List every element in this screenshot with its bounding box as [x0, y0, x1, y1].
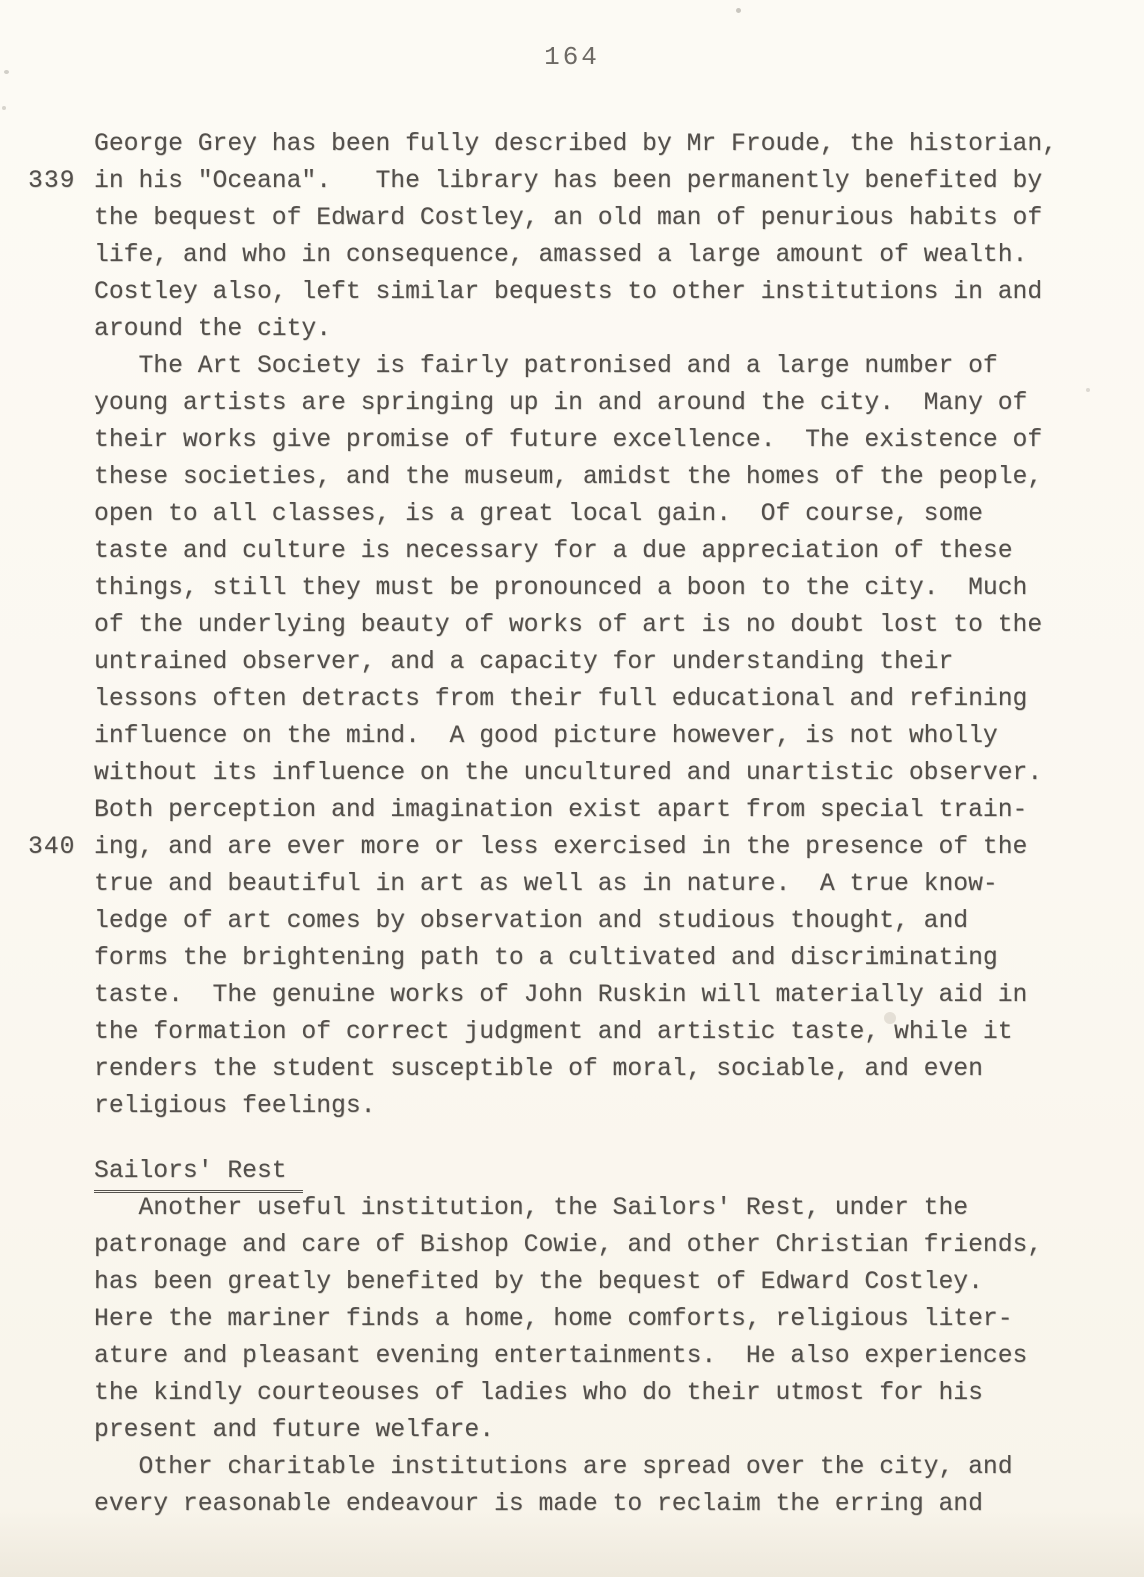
text-line-content: taste and culture is necessary for a due…: [94, 537, 1013, 565]
text-line-content: present and future welfare.: [94, 1416, 494, 1444]
text-line: Other charitable institutions are spread…: [0, 1449, 1144, 1486]
scan-speck: [736, 8, 741, 13]
text-line-content: forms the brightening path to a cultivat…: [94, 944, 998, 972]
text-line: influence on the mind. A good picture ho…: [0, 718, 1144, 755]
text-line-content: has been greatly benefited by the beques…: [94, 1268, 983, 1296]
text-line-content: of the underlying beauty of works of art…: [94, 611, 1042, 639]
text-line-content: ing, and are ever more or less exercised…: [94, 833, 1027, 861]
section-heading-text: Sailors' Rest: [94, 1153, 303, 1193]
margin-line-number: 339: [28, 163, 75, 200]
text-line: taste and culture is necessary for a due…: [0, 533, 1144, 570]
text-line-content: patronage and care of Bishop Cowie, and …: [94, 1231, 1042, 1259]
body-text: George Grey has been fully described by …: [0, 126, 1144, 1523]
text-line: George Grey has been fully described by …: [0, 126, 1144, 163]
text-line-content: ature and pleasant evening entertainment…: [94, 1342, 1027, 1370]
text-line: of the underlying beauty of works of art…: [0, 607, 1144, 644]
text-line: their works give promise of future excel…: [0, 422, 1144, 459]
scan-speck: [2, 106, 6, 110]
text-line-content: Another useful institution, the Sailors'…: [94, 1194, 968, 1222]
text-line-content: the kindly courteouses of ladies who do …: [94, 1379, 983, 1407]
text-line-content: Here the mariner finds a home, home comf…: [94, 1305, 1013, 1333]
text-line-content: around the city.: [94, 315, 331, 343]
text-line-content: renders the student susceptible of moral…: [94, 1055, 983, 1083]
text-line: Here the mariner finds a home, home comf…: [0, 1301, 1144, 1338]
text-line-content: Both perception and imagination exist ap…: [94, 796, 1027, 824]
scanned-document-page: 164 George Grey has been fully described…: [0, 0, 1144, 1577]
text-line-content: lessons often detracts from their full e…: [94, 685, 1027, 713]
text-line: open to all classes, is a great local ga…: [0, 496, 1144, 533]
text-line: lessons often detracts from their full e…: [0, 681, 1144, 718]
text-line: Costley also, left similar bequests to o…: [0, 274, 1144, 311]
text-line: around the city.: [0, 311, 1144, 348]
text-line-content: in his "Oceana". The library has been pe…: [94, 167, 1042, 195]
text-line: ledge of art comes by observation and st…: [0, 903, 1144, 940]
text-line-content: ledge of art comes by observation and st…: [94, 907, 968, 935]
text-line: taste. The genuine works of John Ruskin …: [0, 977, 1144, 1014]
text-line-content: the formation of correct judgment and ar…: [94, 1018, 1013, 1046]
text-line: patronage and care of Bishop Cowie, and …: [0, 1227, 1144, 1264]
text-line: every reasonable endeavour is made to re…: [0, 1486, 1144, 1523]
text-line: has been greatly benefited by the beques…: [0, 1264, 1144, 1301]
text-line: untrained observer, and a capacity for u…: [0, 644, 1144, 681]
text-line-content: without its influence on the uncultured …: [94, 759, 1042, 787]
text-line-content: taste. The genuine works of John Ruskin …: [94, 981, 1027, 1009]
text-line-content: young artists are springing up in and ar…: [94, 389, 1027, 417]
text-line: the bequest of Edward Costley, an old ma…: [0, 200, 1144, 237]
text-line-content: true and beautiful in art as well as in …: [94, 870, 998, 898]
text-line: the kindly courteouses of ladies who do …: [0, 1375, 1144, 1412]
text-line: religious feelings.: [0, 1088, 1144, 1125]
text-line-content: open to all classes, is a great local ga…: [94, 500, 983, 528]
page-number: 164: [0, 42, 1144, 72]
text-line: ature and pleasant evening entertainment…: [0, 1338, 1144, 1375]
text-line: present and future welfare.: [0, 1412, 1144, 1449]
text-line: renders the student susceptible of moral…: [0, 1051, 1144, 1088]
text-line: 340ing, and are ever more or less exerci…: [0, 829, 1144, 866]
text-line-content: Other charitable institutions are spread…: [94, 1453, 1013, 1481]
text-line-content: life, and who in consequence, amassed a …: [94, 241, 1027, 269]
text-line-content: these societies, and the museum, amidst …: [94, 463, 1042, 491]
text-line-content: George Grey has been fully described by …: [94, 130, 1057, 158]
text-line: things, still they must be pronounced a …: [0, 570, 1144, 607]
text-line: true and beautiful in art as well as in …: [0, 866, 1144, 903]
text-line: life, and who in consequence, amassed a …: [0, 237, 1144, 274]
text-line-content: untrained observer, and a capacity for u…: [94, 648, 953, 676]
text-line-content: The Art Society is fairly patronised and…: [94, 352, 998, 380]
text-line: young artists are springing up in and ar…: [0, 385, 1144, 422]
text-line: Another useful institution, the Sailors'…: [0, 1190, 1144, 1227]
text-line: Both perception and imagination exist ap…: [0, 792, 1144, 829]
text-line: the formation of correct judgment and ar…: [0, 1014, 1144, 1051]
text-line: 339in his "Oceana". The library has been…: [0, 163, 1144, 200]
text-line-content: things, still they must be pronounced a …: [94, 574, 1027, 602]
text-line: forms the brightening path to a cultivat…: [0, 940, 1144, 977]
section-heading: Sailors' Rest: [0, 1153, 1144, 1190]
margin-line-number: 340: [28, 829, 75, 866]
text-line-content: influence on the mind. A good picture ho…: [94, 722, 998, 750]
text-line-content: Costley also, left similar bequests to o…: [94, 278, 1042, 306]
text-line-content: the bequest of Edward Costley, an old ma…: [94, 204, 1042, 232]
text-line: without its influence on the uncultured …: [0, 755, 1144, 792]
text-line-content: religious feelings.: [94, 1092, 375, 1120]
text-line-content: every reasonable endeavour is made to re…: [94, 1490, 983, 1518]
text-line-content: their works give promise of future excel…: [94, 426, 1042, 454]
text-line: these societies, and the museum, amidst …: [0, 459, 1144, 496]
text-line: The Art Society is fairly patronised and…: [0, 348, 1144, 385]
